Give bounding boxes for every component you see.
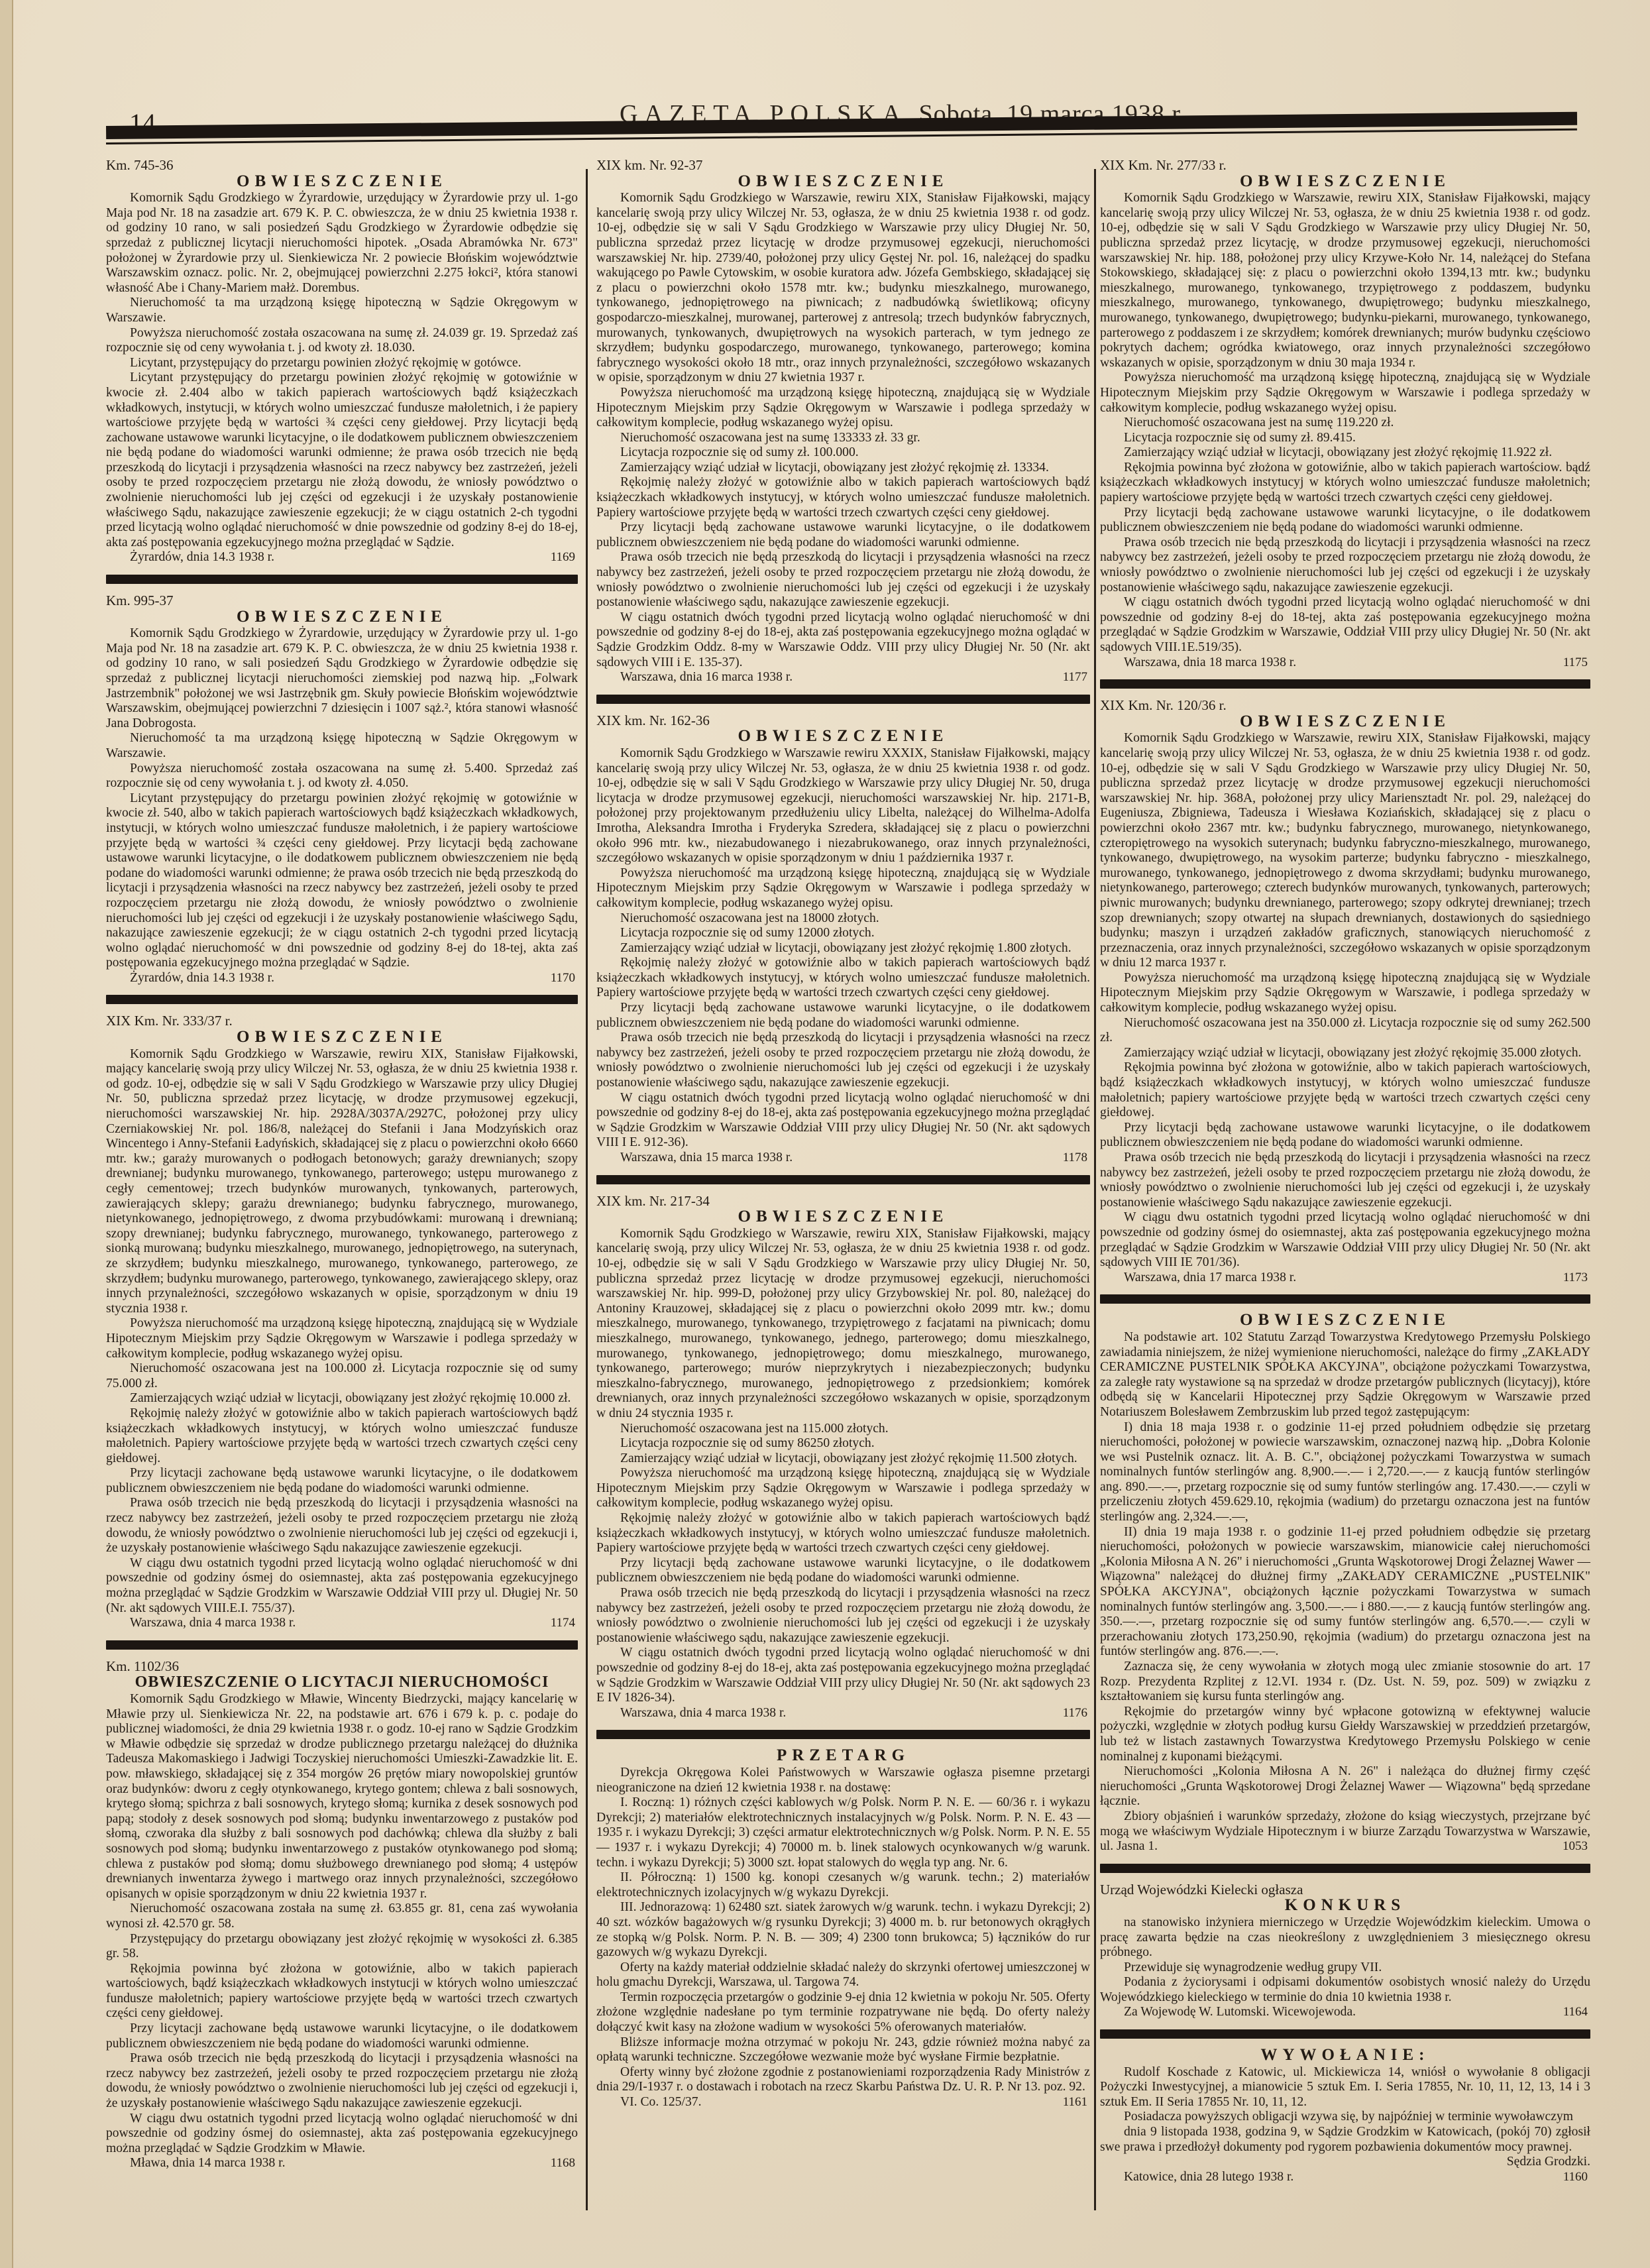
- notice-paragraph: Komornik Sądu Grodzkiego w Warszawie, re…: [106, 1047, 578, 1317]
- notice: XIX km. Nr. 92-37OBWIESZCZENIEKomornik S…: [596, 158, 1090, 685]
- notice-number: 1174: [551, 1616, 575, 1631]
- notice-number: 1178: [1063, 1151, 1087, 1166]
- notice: Km. 1102/36OBWIESZCZENIE O LICYTACJI NIE…: [106, 1659, 578, 2171]
- notice-paragraph: Przy licytacji będą zachowane ustawowe w…: [1100, 506, 1590, 536]
- notice-paragraph: Powyższa nieruchomość ma urządzoną księg…: [1100, 370, 1590, 416]
- notice-place-date: VI. Co. 125/37.: [596, 2095, 1090, 2110]
- notice-paragraph: W ciągu dwu ostatnich tygodni przed licy…: [1100, 1210, 1590, 1270]
- notice-paragraph: Dyrekcja Okręgowa Kolei Państwowych w Wa…: [596, 1766, 1090, 1795]
- notice-heading: PRZETARG: [596, 1748, 1090, 1764]
- notice-separator-rule: [596, 695, 1090, 704]
- notice-paragraph: Powyższa nieruchomość ma urządzoną księg…: [596, 1466, 1090, 1511]
- notice-paragraph: Zamierzający wziąć udział w licytacji, o…: [596, 461, 1090, 476]
- notice-paragraph: Licytacja rozpocznie się od sumy zł. 89.…: [1100, 431, 1590, 446]
- notice-paragraph: Przy licytacji zachowane będą ustawowe w…: [106, 1466, 578, 1496]
- notice-paragraph: Komornik Sądu Grodzkiego w Warszawie, re…: [1100, 191, 1590, 370]
- notice-paragraph: Podania z życiorysami i odpisami dokumen…: [1100, 1975, 1590, 2005]
- notice-place-date: Warszawa, dnia 17 marca 1938 r.: [1100, 1271, 1590, 1286]
- notice-paragraph: III. Jednorazową: 1) 62480 szt. siatek ż…: [596, 1900, 1090, 1960]
- notice-paragraph: Powyższa nieruchomość została oszacowana…: [106, 326, 578, 356]
- notice-number: 1177: [1063, 670, 1087, 685]
- notice-place-date: Mława, dnia 14 marca 1938 r.: [106, 2156, 578, 2171]
- page-edge: [0, 0, 13, 2268]
- notice-paragraph: Prawa osób trzecich nie będą przeszkodą …: [596, 1031, 1090, 1090]
- notice-paragraph: Komornik Sądu Grodzkiego w Żyrardowie, u…: [106, 626, 578, 731]
- notice: Km. 745-36OBWIESZCZENIEKomornik Sądu Gro…: [106, 158, 578, 565]
- notice-paragraph: Powyższa nieruchomość ma urządzoną księg…: [1100, 971, 1590, 1016]
- notice-paragraph: W ciągu dwu ostatnich tygodni przed licy…: [106, 1556, 578, 1616]
- notice-separator-rule: [106, 995, 578, 1004]
- notice-heading: OBWIESZCZENIE: [596, 1210, 1090, 1225]
- notice: XIX Km. Nr. 333/37 r.OBWIESZCZENIEKomorn…: [106, 1013, 578, 1630]
- notice-paragraph: Na podstawie art. 102 Statutu Zarząd Tow…: [1100, 1330, 1590, 1420]
- notice-paragraph: Powyższa nieruchomość została oszacowana…: [106, 762, 578, 791]
- notice-paragraph: Komornik Sądu Grodzkiego w Żyrardowie, u…: [106, 191, 578, 296]
- notice: WYWOŁANIE:Rudolf Koschade z Katowic, ul.…: [1100, 2048, 1590, 2184]
- notice-paragraph: Zaznacza się, że ceny wywołania w złotyc…: [1100, 1660, 1590, 1705]
- notice-place-date: Za Wojewodę W. Lutomski. Wicewojewoda.: [1100, 2005, 1590, 2020]
- notice-reference: XIX Km. Nr. 120/36 r.: [1100, 698, 1590, 713]
- notice-paragraph: Nieruchomość oszacowana jest na 100.000 …: [106, 1361, 578, 1391]
- notice-number: 1160: [1563, 2170, 1588, 2185]
- notice-reference: XIX km. Nr. 92-37: [596, 158, 1090, 173]
- notice-separator-rule: [1100, 1294, 1590, 1304]
- notice-heading: KONKURS: [1100, 1898, 1590, 1913]
- notice-heading: WYWOŁANIE:: [1100, 2048, 1590, 2063]
- notice-paragraph: Prawa osób trzecich nie będą przeszkodą …: [106, 2051, 578, 2111]
- notice-paragraph: Nieruchomości „Kolonia Miłosna A N. 26" …: [1100, 1764, 1590, 1809]
- notice-paragraph: Licytacja rozpocznie się od sumy zł. 100…: [596, 445, 1090, 461]
- notice-paragraph: Termin rozpoczęcia przetargów o godzinie…: [596, 1990, 1090, 2035]
- notice-paragraph: Komornik Sądu Grodzkiego w Warszawie, re…: [1100, 731, 1590, 971]
- notice-paragraph: Przewiduje się wynagrodzenie według grup…: [1100, 1960, 1590, 1976]
- notice-paragraph: Oferty na każdy materiał oddzielnie skła…: [596, 1960, 1090, 1990]
- notice-place-date: Żyrardów, dnia 14.3 1938 r.: [106, 971, 578, 986]
- column-divider-2: [1094, 169, 1096, 2210]
- notice-reference: Km. 1102/36: [106, 1659, 578, 1674]
- notice-paragraph: Przy licytacji będą zachowane ustawowe w…: [596, 1556, 1090, 1586]
- notice-reference: XIX km. Nr. 217-34: [596, 1194, 1090, 1209]
- notice: XIX Km. Nr. 120/36 r.OBWIESZCZENIEKomorn…: [1100, 698, 1590, 1285]
- notice-number: 1175: [1563, 655, 1588, 671]
- notice-paragraph: Rękojmia powinna być złożona w gotowiźni…: [1100, 1060, 1590, 1120]
- column-1: Km. 745-36OBWIESZCZENIEKomornik Sądu Gro…: [106, 158, 578, 2181]
- notice-paragraph: W ciągu ostatnich dwóch tygodni przed li…: [596, 610, 1090, 670]
- notice: Urząd Wojewódzki Kielecki ogłaszaKONKURS…: [1100, 1882, 1590, 2020]
- notice-number: 1169: [551, 550, 575, 565]
- notice-reference: Urząd Wojewódzki Kielecki ogłasza: [1100, 1882, 1590, 1898]
- notice-paragraph: Nieruchomość ta ma urządzoną księgę hipo…: [106, 296, 578, 325]
- notice-paragraph: Prawa osób trzecich nie będą przeszkodą …: [596, 550, 1090, 610]
- notice-paragraph: Komornik Sądu Grodzkiego w Warszawie, re…: [596, 191, 1090, 386]
- notice-number: 1176: [1063, 1706, 1087, 1721]
- notice-paragraph: dnia 9 listopada 1938, godzina 9, w Sądz…: [1100, 2125, 1590, 2155]
- notice-heading: OBWIESZCZENIE: [106, 174, 578, 190]
- notice-paragraph: Rękojmię należy złożyć w gotowiźnie albo…: [106, 1406, 578, 1466]
- notice-separator-rule: [596, 1730, 1090, 1739]
- notice-reference: XIX km. Nr. 162-36: [596, 713, 1090, 728]
- notice-heading: OBWIESZCZENIE: [1100, 174, 1590, 190]
- notice-paragraph: Rękojmię należy złożyć w gotowiźnie albo…: [596, 956, 1090, 1001]
- notice-paragraph: Komornik Sądu Grodzkiego w Warszawie, re…: [596, 1227, 1090, 1422]
- notice-place-date: Żyrardów, dnia 14.3 1938 r.: [106, 550, 578, 565]
- notice-paragraph: Powyższa nieruchomość ma urządzoną księg…: [596, 866, 1090, 911]
- notice-paragraph: Przystępujący do przetargu obowiązany je…: [106, 1932, 578, 1962]
- notice-paragraph: Przy licytacji będą zachowane ustawowe w…: [596, 520, 1090, 550]
- notice-paragraph: Powyższa nieruchomość ma urządzoną księg…: [596, 386, 1090, 431]
- notice-paragraph: Licytant, przystępujący do przetargu pow…: [106, 356, 578, 371]
- notice-paragraph: Nieruchomość oszacowana jest na 18000 zł…: [596, 911, 1090, 927]
- notice-paragraph: Prawa osób trzecich nie będą przeszkodą …: [1100, 536, 1590, 595]
- notice-paragraph: W ciągu ostatnich dwóch tygodni przed li…: [596, 1646, 1090, 1705]
- notice-separator-rule: [1100, 1864, 1590, 1873]
- notice-paragraph: Nieruchomość oszacowana została na sumę …: [106, 1901, 578, 1931]
- notice-paragraph: Rękojmia powinna być złożona w gotowiźni…: [106, 1962, 578, 2021]
- notice-paragraph: Prawa osób trzecich nie będą przeszkodą …: [1100, 1151, 1590, 1210]
- notice-heading: OBWIESZCZENIE: [106, 610, 578, 625]
- notice-paragraph: Licytant przystępujący do przetargu powi…: [106, 791, 578, 971]
- notice-paragraph: W ciągu ostatnich dwóch tygodni przed li…: [596, 1091, 1090, 1151]
- notice-paragraph: Prawa osób trzecich nie będą przeszkodą …: [596, 1586, 1090, 1646]
- notice-paragraph: Zamierzających wziąć udział w licytacji,…: [106, 1391, 578, 1406]
- notice-paragraph: Bliższe informacje można otrzymać w poko…: [596, 2035, 1090, 2065]
- notice-paragraph: Nieruchomość oszacowana jest na sumę 119…: [1100, 416, 1590, 431]
- notice-paragraph: na stanowisko inżyniera mierniczego w Ur…: [1100, 1915, 1590, 1960]
- notice-paragraph: Przy licytacji zachowane będą ustawowe w…: [106, 2021, 578, 2051]
- notice-paragraph: Zbiory objaśnień i warunków sprzedaży, z…: [1100, 1809, 1590, 1854]
- notice-separator-rule: [1100, 2029, 1590, 2039]
- notice-heading: OBWIESZCZENIE O LICYTACJI NIERUCHOMOŚCI: [106, 1675, 578, 1690]
- notice-paragraph: W ciągu dwu ostatnich tygodni przed licy…: [106, 2112, 578, 2157]
- notice-paragraph: Nieruchomość oszacowana jest na 350.000 …: [1100, 1016, 1590, 1046]
- notice-number: 1161: [1063, 2095, 1087, 2110]
- notice-paragraph: Przy licytacji będą zachowane ustawowe w…: [1100, 1121, 1590, 1151]
- notice-paragraph: Zamierzający wziąć udział w licytacji, o…: [596, 941, 1090, 956]
- notice-paragraph: Licytant przystępujący do przetargu powi…: [106, 370, 578, 550]
- notice-paragraph: Rękojmia powinna być złożona w gotowiźni…: [1100, 461, 1590, 506]
- notice: XIX km. Nr. 162-36OBWIESZCZENIEKomornik …: [596, 713, 1090, 1166]
- notice-paragraph: Zamierzający wziąć udział w licytacji, o…: [1100, 445, 1590, 461]
- notice-heading: OBWIESZCZENIE: [1100, 714, 1590, 730]
- notice-paragraph: Komornik Sądu Grodzkiego w Warszawie rew…: [596, 746, 1090, 866]
- column-2: XIX km. Nr. 92-37OBWIESZCZENIEKomornik S…: [596, 158, 1090, 2120]
- notice-paragraph: W ciągu ostatnich dwóch tygodni przed li…: [1100, 595, 1590, 655]
- notice-number: 1173: [1563, 1271, 1588, 1286]
- notice-heading: OBWIESZCZENIE: [596, 729, 1090, 744]
- notice: Km. 995-37OBWIESZCZENIEKomornik Sądu Gro…: [106, 593, 578, 986]
- notice-paragraph: Oferty winny być złożone zgodnie z posta…: [596, 2065, 1090, 2095]
- notice-paragraph: I. Roczną: 1) różnych części kablowych w…: [596, 1795, 1090, 1870]
- notice-separator-rule: [1100, 679, 1590, 689]
- notice-paragraph: Nieruchomość oszacowana jest na sumę 133…: [596, 431, 1090, 446]
- notice-signature: Sędzia Grodzki.: [1100, 2155, 1590, 2170]
- notice-paragraph: Przy licytacji będą zachowane ustawowe w…: [596, 1001, 1090, 1031]
- notice-paragraph: Komornik Sądu Grodzkiego w Mławie, Wince…: [106, 1692, 578, 1901]
- notice-number: 1168: [551, 2156, 575, 2171]
- notice-paragraph: Rękojmię należy złożyć w gotowiźnie albo…: [596, 475, 1090, 520]
- notice-reference: XIX Km. Nr. 277/33 r.: [1100, 158, 1590, 173]
- notice-paragraph: II. Półroczną: 1) 1500 kg. konopi czesan…: [596, 1870, 1090, 1900]
- notice-place-date: Warszawa, dnia 4 marca 1938 r.: [596, 1706, 1090, 1721]
- notice-reference: Km. 995-37: [106, 593, 578, 608]
- notice-paragraph: Licytacja rozpocznie się od sumy 86250 z…: [596, 1436, 1090, 1451]
- notice-paragraph: I) dnia 18 maja 1938 r. o godzinie 11-ej…: [1100, 1420, 1590, 1525]
- notice-paragraph: Prawa osób trzecich nie będą przeszkodą …: [106, 1496, 578, 1556]
- notice-place-date: Warszawa, dnia 16 marca 1938 r.: [596, 670, 1090, 685]
- notice-reference: Km. 745-36: [106, 158, 578, 173]
- notice-place-date: Katowice, dnia 28 lutego 1938 r.: [1100, 2170, 1590, 2185]
- notice: PRZETARGDyrekcja Okręgowa Kolei Państwow…: [596, 1748, 1090, 2110]
- notice-number: 1053: [1563, 1839, 1588, 1854]
- notice-place-date: Warszawa, dnia 15 marca 1938 r.: [596, 1151, 1090, 1166]
- notice: XIX Km. Nr. 277/33 r.OBWIESZCZENIEKomorn…: [1100, 158, 1590, 670]
- notice-number: 1164: [1563, 2005, 1588, 2020]
- column-3: XIX Km. Nr. 277/33 r.OBWIESZCZENIEKomorn…: [1100, 158, 1590, 2194]
- notice-paragraph: Posiadacza powyższych obligacji wzywa si…: [1100, 2110, 1590, 2125]
- notice-paragraph: Rękojmie do przetargów winny być wpłacon…: [1100, 1705, 1590, 1764]
- notice-heading: OBWIESZCZENIE: [106, 1030, 578, 1045]
- notice: XIX km. Nr. 217-34OBWIESZCZENIEKomornik …: [596, 1194, 1090, 1721]
- notice-place-date: Warszawa, dnia 4 marca 1938 r.: [106, 1616, 578, 1631]
- notice-separator-rule: [106, 575, 578, 584]
- notice-place-date: Warszawa, dnia 18 marca 1938 r.: [1100, 655, 1590, 671]
- notice-heading: OBWIESZCZENIE: [1100, 1313, 1590, 1328]
- notice-paragraph: Powyższa nieruchomość ma urządzoną księg…: [106, 1316, 578, 1361]
- notice-separator-rule: [596, 1175, 1090, 1184]
- notice-paragraph: Nieruchomość oszacowana jest na 115.000 …: [596, 1422, 1090, 1437]
- notice-paragraph: Rękojmię należy złożyć w gotowiźnie albo…: [596, 1511, 1090, 1556]
- notice-reference: XIX Km. Nr. 333/37 r.: [106, 1013, 578, 1029]
- notice-paragraph: Licytacja rozpocznie się od sumy 12000 z…: [596, 926, 1090, 941]
- notice-heading: OBWIESZCZENIE: [596, 174, 1090, 190]
- notice-number: 1170: [551, 971, 575, 986]
- column-divider-1: [586, 169, 588, 2210]
- notice: OBWIESZCZENIENa podstawie art. 102 Statu…: [1100, 1313, 1590, 1854]
- notice-paragraph: Rudolf Koschade z Katowic, ul. Mickiewic…: [1100, 2065, 1590, 2110]
- notice-paragraph: Zamierzający wziąć udział w licytacji, o…: [596, 1451, 1090, 1467]
- notice-paragraph: Zamierzający wziąć udział w licytacji, o…: [1100, 1046, 1590, 1061]
- notice-paragraph: II) dnia 19 maja 1938 r. o godzinie 11-e…: [1100, 1525, 1590, 1660]
- notice-separator-rule: [106, 1640, 578, 1650]
- notice-paragraph: Nieruchomość ta ma urządzoną księgę hipo…: [106, 731, 578, 761]
